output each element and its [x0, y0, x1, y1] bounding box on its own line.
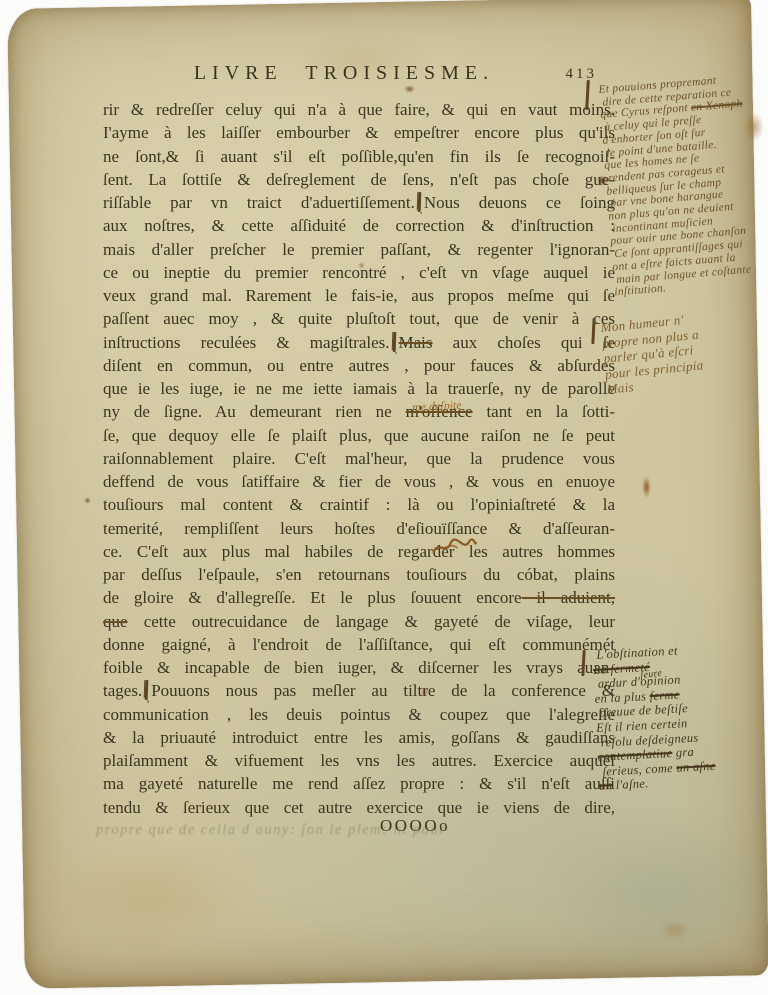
text-segment: veux grand mal. Rarement le fais-ie, aus…	[103, 286, 615, 305]
text-line: ne ſont,& ſi auant s'il eſt poſſible,qu'…	[103, 145, 615, 168]
body-text: rir & redreſſer celuy qui n'a à que fair…	[103, 98, 615, 819]
text-segment: rir & redreſſer celuy qui n'a à que fair…	[103, 100, 615, 119]
text-line: ſe, que dequoy elle ſe plaiſt plus, que …	[103, 424, 615, 447]
text-line: inſtructions reculées & magiſtrales.Mais…	[103, 331, 615, 354]
text-segment: que ie les iuge, ie ne me iette iamais à…	[103, 379, 615, 398]
text-segment: ce. C'eſt aux plus mal habiles de regard…	[103, 542, 615, 561]
interlinear-correction: me deſpite	[411, 400, 461, 413]
text-segment: ne ſont,& ſi auant s'il eſt poſſible,qu'…	[103, 147, 615, 166]
text-line: ma gayeté naturelle me rend aſſez propre…	[103, 772, 615, 795]
struck-text: que	[103, 612, 128, 631]
text-segment: Nous deuons ce ſoing	[424, 193, 615, 212]
text-line: tendu & ſerieux que cet autre exercice q…	[103, 796, 615, 819]
text-segment: par deſſus l'eſpaule, s'en retournans to…	[103, 565, 615, 584]
text-line: foible & incapable de bien iuger, & diſc…	[103, 656, 615, 679]
text-line: ſent. La ſottiſe & deſreglement de ſens,…	[103, 168, 615, 191]
text-segment: mais d'aller preſcher le premier paſſant…	[103, 240, 615, 259]
text-line: I'ayme à les laiſſer embourber & empeſtr…	[103, 121, 615, 144]
text-line: touſiours mal content & craintif : là ou…	[103, 493, 615, 516]
struck-text: ferme	[649, 687, 680, 703]
text-segment: ny de ſigne. Au demeurant rien ne	[103, 402, 406, 421]
text-segment: diſent en commun, ou entre autres , pour…	[103, 356, 615, 375]
text-line: que cette outrecuidance de langage & gay…	[103, 610, 615, 633]
text-line: plaiſamment & vifuement les vns les autr…	[103, 749, 615, 772]
text-line: que ie les iuge, ie ne me iette iamais à…	[103, 377, 615, 400]
insertion-mark	[417, 192, 421, 212]
marginalia-block-bottom: L'obſtination etLa fermetéardur d'opinio…	[592, 638, 768, 793]
running-head-title: LIVRE TROISIESME.	[194, 62, 494, 84]
text-segment: ma gayeté naturelle me rend aſſez propre…	[103, 774, 615, 793]
text-segment: ſent. La ſottiſe & deſreglement de ſens,…	[103, 170, 615, 189]
struck-text: Mais	[399, 333, 433, 352]
text-segment: de gloire & d'allegreſſe. Et le plus ſou…	[103, 588, 522, 607]
text-segment: tages.	[103, 681, 142, 700]
text-line: & la priuauté introduict entre les amis,…	[103, 726, 615, 749]
book-page-scan: LIVRE TROISIESME. 413 rir & redreſſer ce…	[0, 0, 768, 995]
printed-text-block: LIVRE TROISIESME. 413 rir & redreſſer ce…	[103, 62, 615, 819]
text-segment: foible & incapable de bien iuger, & diſc…	[103, 658, 615, 677]
text-segment: riſſable par vn traict d'aduertiſſement.	[103, 193, 415, 212]
marginalia-block-top: Et pouuions propremantdire de cette repa…	[598, 70, 768, 300]
text-line: diſent en commun, ou entre autres , pour…	[103, 354, 615, 377]
struck-text: un	[599, 778, 613, 793]
page-number: 413	[566, 66, 598, 83]
insertion-mark	[392, 331, 396, 351]
text-line: ce ou ineptie du premier rencontré , c'e…	[103, 261, 615, 284]
text-segment: plaiſamment & vifuement les vns les autr…	[103, 751, 615, 770]
text-line: riſſable par vn traict d'aduertiſſement.…	[103, 191, 615, 214]
text-line: ce. C'eſt aux plus mal habiles de regard…	[103, 540, 615, 563]
text-segment: deffend de vous ſatiffaire & fier de vou…	[103, 472, 615, 491]
text-segment: l'aſne.	[612, 777, 649, 793]
text-line: donne gaigné, à l'endroit de l'aſſiſtanc…	[103, 633, 615, 656]
text-segment: cette outrecuidance de langage & gayeté …	[128, 612, 615, 631]
text-segment: Mais	[606, 379, 635, 397]
text-line: tages.Pouuons nous pas meſler au tiltre …	[103, 679, 615, 702]
text-segment: donne gaigné, à l'endroit de l'aſſiſtanc…	[103, 635, 615, 654]
text-line: deffend de vous ſatiffaire & fier de vou…	[103, 470, 615, 493]
text-segment: aux choſes qui ſe	[433, 333, 615, 352]
text-segment: tant en la ſotti-	[473, 402, 615, 421]
text-line: aux noſtres, & cette aſſiduité de correc…	[103, 214, 615, 237]
showthrough-text: propre que de cella d auny: ſon le plem:…	[96, 822, 616, 839]
text-segment: touſiours mal content & craintif : là ou…	[103, 495, 615, 514]
text-segment: inſtructions reculées & magiſtrales.	[103, 333, 390, 352]
text-segment: I'ayme à les laiſſer embourber & empeſtr…	[103, 123, 615, 142]
text-segment: gra	[672, 745, 694, 760]
interlinear-correction: ſeure	[640, 668, 663, 682]
text-segment: raiſonnablement plaire. C'eſt mal'heur, …	[103, 449, 615, 468]
text-segment: & la priuauté introduict entre les amis,…	[103, 728, 615, 747]
text-segment: ce ou ineptie du premier rencontré , c'e…	[103, 263, 615, 282]
text-segment: Pouuons nous pas meſler au tiltre de la …	[151, 681, 615, 700]
text-line: veux grand mal. Rarement le fais-ie, aus…	[103, 284, 615, 307]
text-line: de gloire & d'allegreſſe. Et le plus ſou…	[103, 586, 615, 609]
text-segment: aux noſtres, & cette aſſiduité de correc…	[103, 216, 615, 235]
text-line: temerité, rempliſſent leurs hoſtes d'eſi…	[103, 517, 615, 540]
running-head: LIVRE TROISIESME. 413	[103, 62, 615, 98]
marginalia-block-middle: Mon humeur n'propre non plus aparler qu'…	[600, 303, 768, 397]
struck-text: un aſne	[676, 758, 716, 774]
text-line: par deſſus l'eſpaule, s'en retournans to…	[103, 563, 615, 586]
struck-text: il aduient,	[522, 588, 615, 607]
insertion-mark	[145, 680, 149, 700]
text-segment: tendu & ſerieux que cet autre exercice q…	[103, 798, 615, 817]
text-line: raiſonnablement plaire. C'eſt mal'heur, …	[103, 447, 615, 470]
text-segment: communication , les deuis pointus & coup…	[103, 705, 615, 724]
corrected-text: m'offenceme deſpite	[406, 402, 473, 421]
text-line: paſſent auec moy , & quite pluſtoſt tout…	[103, 307, 615, 330]
text-segment: temerité, rempliſſent leurs hoſtes d'eſi…	[103, 519, 615, 538]
text-segment: ſe, que dequoy elle ſe plaiſt plus, que …	[103, 426, 615, 445]
text-line: rir & redreſſer celuy qui n'a à que fair…	[103, 98, 615, 121]
text-line: ny de ſigne. Au demeurant rien ne m'offe…	[103, 400, 615, 423]
text-line: mais d'aller preſcher le premier paſſant…	[103, 238, 615, 261]
text-segment: paſſent auec moy , & quite pluſtoſt tout…	[103, 309, 615, 328]
text-line: communication , les deuis pointus & coup…	[103, 703, 615, 726]
